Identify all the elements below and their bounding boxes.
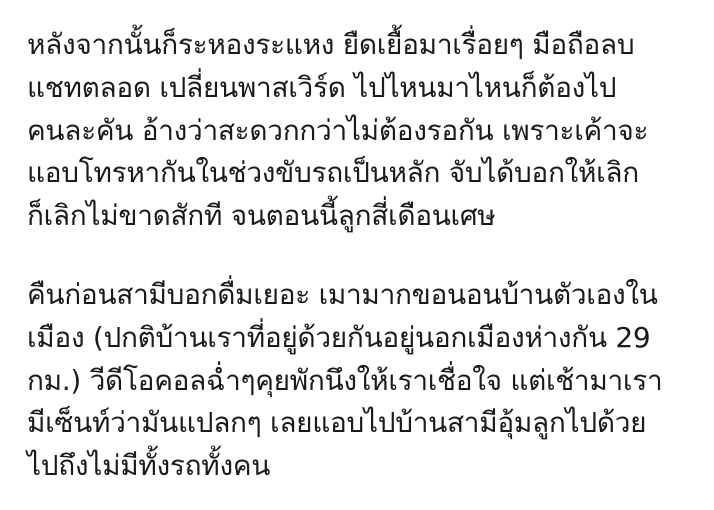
paragraph-2: คืนก่อนสามีบอกดื่มเยอะ เมามากขอนอนบ้านตั… — [27, 274, 714, 488]
text-line: กม.) วีดีโอคอลฉ่ำๆคุยพักนึงให้เราเชื่อใจ… — [27, 360, 714, 403]
text-line: ก็เลิกไม่ขาดสักที จนตอนนี้ลูกสี่เดือนเศษ — [27, 195, 714, 238]
text-line: แอบโทรหากันในช่วงขับรถเป็นหลัก จับได้บอก… — [27, 152, 714, 195]
text-line: ไปถึงไม่มีทั้งรถทั้งคน — [27, 445, 714, 488]
text-line: เมือง (ปกติบ้านเราที่อยู่ด้วยกันอยู่นอกเ… — [27, 317, 714, 360]
text-line: มีเซ็นท์ว่ามันแปลกๆ เลยแอบไปบ้านสามีอุ้ม… — [27, 402, 714, 445]
document-text: หลังจากนั้นก็ระหองระแหง ยืดเยื้อมาเรื่อย… — [27, 24, 714, 488]
text-line: หลังจากนั้นก็ระหองระแหง ยืดเยื้อมาเรื่อย… — [27, 24, 714, 67]
text-line: คืนก่อนสามีบอกดื่มเยอะ เมามากขอนอนบ้านตั… — [27, 274, 714, 317]
text-line: แชทตลอด เปลี่ยนพาสเวิร์ด ไปไหนมาไหนก็ต้อ… — [27, 67, 714, 110]
text-line: คนละคัน อ้างว่าสะดวกกว่าไม่ต้องรอกัน เพร… — [27, 110, 714, 153]
paragraph-1: หลังจากนั้นก็ระหองระแหง ยืดเยื้อมาเรื่อย… — [27, 24, 714, 238]
